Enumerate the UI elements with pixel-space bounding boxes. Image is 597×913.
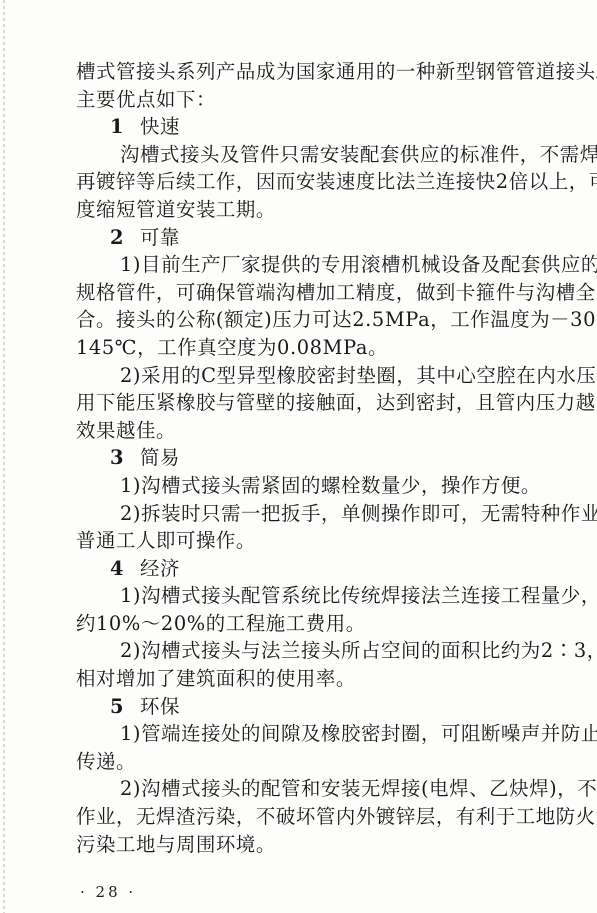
section-heading: 1快速 [76,113,566,141]
section-number: 2 [110,224,140,252]
body-text-line: 约10%～20%的工程施工费用。 [76,610,566,638]
section-heading: 4经济 [76,555,566,583]
body-text-line: 度缩短管道安装工期。 [76,196,566,224]
section-title: 快速 [140,115,180,138]
section-title: 环保 [140,695,180,718]
body-text-line: 145℃，工作真空度为0.08MPa。 [76,334,566,362]
body-text-line: 1)沟槽式接头需紧固的螺栓数量少，操作方便。 [76,472,566,500]
body-text-line: 污染工地与周围环境。 [76,831,566,859]
body-text-line: 普通工人即可操作。 [76,527,566,555]
section-title: 简易 [140,446,180,469]
body-text-line: 2)沟槽式接头的配管和安装无焊接(电焊、乙炔焊)，不需明火 [76,775,566,803]
section-title: 可靠 [140,226,180,249]
body-text-line: 沟槽式接头及管件只需安装配套供应的标准件，不需焊接和 [76,141,566,169]
section-number: 4 [110,555,140,583]
body-text-line: 1)目前生产厂家提供的专用滚槽机械设备及配套供应的各种 [76,251,566,279]
body-text-line: 作业，无焊渣污染，不破坏管内外镀锌层，有利于工地防火安全，不 [76,803,566,831]
body-text-line: 规格管件，可确保管端沟槽加工精度，做到卡箍件与沟槽全圆周啮 [76,279,566,307]
body-text-line: 合。接头的公称(额定)压力可达2.5MPa，工作温度为－30℃～ [76,306,566,334]
document-page: 槽式管接头系列产品成为国家通用的一种新型钢管管道接头。其 主要优点如下： 1快速… [76,58,566,858]
section-heading: 3简易 [76,444,566,472]
body-text-line: 用下能压紧橡胶与管壁的接触面，达到密封，且管内压力越大密封 [76,389,566,417]
body-text-line: 2)拆装时只需一把扳手，单侧操作即可，无需特种作业技术， [76,500,566,528]
body-text-line: 传递。 [76,748,566,776]
body-text-line: 1)沟槽式接头配管系统比传统焊接法兰连接工程量少，可节 [76,582,566,610]
section-heading: 2可靠 [76,224,566,252]
section-number: 3 [110,444,140,472]
section-heading: 5环保 [76,693,566,721]
section-title: 经济 [140,557,180,580]
page-binding-edge [3,0,5,913]
page-number: · 28 · [80,883,136,901]
body-text-line: 2)沟槽式接头与法兰接头所占空间的面积比约为2∶3，前者 [76,637,566,665]
body-text-line: 1)管端连接处的间隙及橡胶密封圈，可阻断噪声并防止振动 [76,720,566,748]
body-text-line: 效果越佳。 [76,417,566,445]
body-text-line: 2)采用的C型异型橡胶密封垫圈，其中心空腔在内水压力作 [76,362,566,390]
section-number: 5 [110,693,140,721]
body-text-line: 相对增加了建筑面积的使用率。 [76,665,566,693]
body-text-line: 槽式管接头系列产品成为国家通用的一种新型钢管管道接头。其 [76,58,566,86]
body-text-line: 再镀锌等后续工作，因而安装速度比法兰连接快2倍以上，可大幅 [76,168,566,196]
body-text-line: 主要优点如下： [76,86,566,114]
section-number: 1 [110,113,140,141]
